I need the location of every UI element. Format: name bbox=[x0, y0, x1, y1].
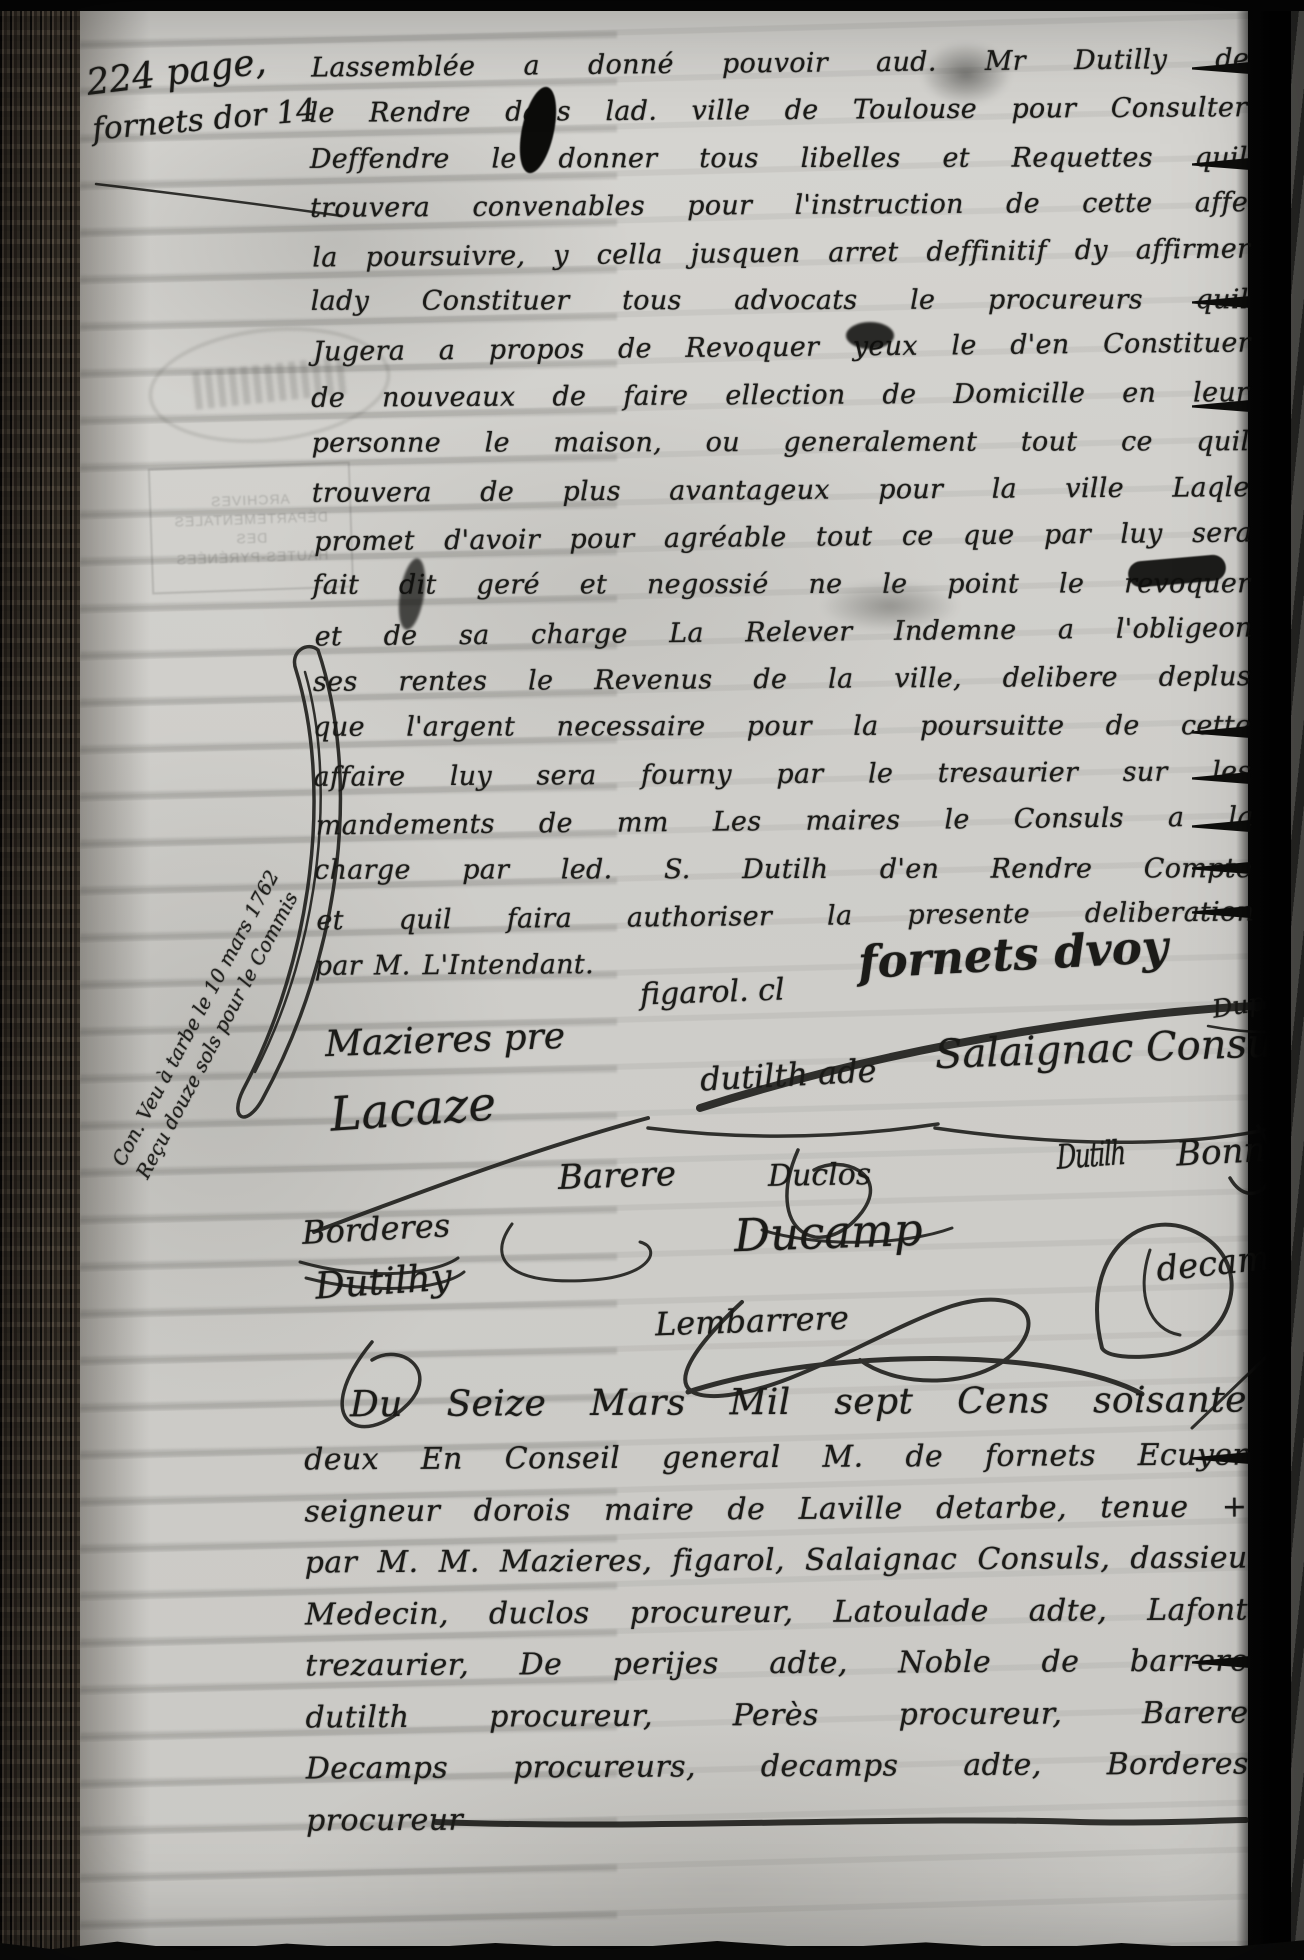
manuscript-line: Deffendre le donner tous libelles et Req… bbox=[310, 142, 1248, 191]
manuscript-line: trezaurier, De perijes adte, Noble de ba… bbox=[305, 1644, 1248, 1700]
signature-duclos: Duclos bbox=[768, 1157, 872, 1194]
manuscript-line: Du Seize Mars Mil sept Cens soisante bbox=[304, 1380, 1247, 1443]
gutter-shadow bbox=[1236, 0, 1294, 1960]
manuscript-line: dutilth procureur, Perès procureur, Bare… bbox=[305, 1695, 1248, 1751]
signature-mazieres: Mazieres pre bbox=[324, 1016, 565, 1065]
manuscript-line: affaire luy sera fourny par le tresaurie… bbox=[313, 756, 1251, 809]
stamp-line: DES bbox=[235, 529, 267, 546]
signature-dutilh: Dutilh bbox=[1056, 1133, 1125, 1178]
signature-borderes: Borderes bbox=[301, 1206, 451, 1252]
signature-barere: Barere bbox=[557, 1154, 676, 1198]
facing-page-edge bbox=[1291, 0, 1304, 1960]
session-paragraph: Du Seize Mars Mil sept Cens soisante deu… bbox=[304, 1380, 1249, 1855]
stamp-line: ARCHIVES bbox=[210, 490, 290, 509]
manuscript-line: le Rendre dans lad. ville de Toulouse po… bbox=[309, 93, 1247, 146]
top-photo-edge bbox=[0, 0, 1304, 11]
book-binding bbox=[0, 0, 88, 1960]
manuscript-line: promet d'avoir pour agréable tout ce que… bbox=[314, 517, 1252, 573]
deliberation-paragraph: Lassemblée a donné pouvoir aud. Mr Dutil… bbox=[309, 45, 1253, 999]
manuscript-line: seigneur dorois maire de Laville detarbe… bbox=[304, 1489, 1247, 1545]
manuscript-line: mandements de mm Les maires le Consuls a… bbox=[316, 802, 1254, 858]
manuscript-line: Decamps procureurs, decamps adte, Border… bbox=[306, 1747, 1249, 1803]
manuscript-line: par M. M. Mazieres, figarol, Salaignac C… bbox=[305, 1541, 1248, 1597]
manuscript-line: trouvera de plus avantageux pour la vill… bbox=[312, 472, 1250, 525]
ink-blot bbox=[846, 322, 894, 349]
manuscript-line: Medecin, duclos procureur, Latoulade adt… bbox=[305, 1592, 1248, 1648]
signature-lembarrere: Lembarrere bbox=[654, 1299, 849, 1344]
signature-figarol: figarol. cl bbox=[639, 972, 785, 1012]
signature-lacaze: Lacaze bbox=[328, 1076, 498, 1142]
stamp-line: HAUTES-PYRÉNÉES bbox=[175, 546, 328, 567]
manuscript-line: fait dit geré et negossié ne le point le… bbox=[312, 568, 1250, 617]
signature-ducamp: Ducamp bbox=[733, 1203, 923, 1263]
manuscript-line: lady Constituer tous advocats le procure… bbox=[311, 284, 1249, 333]
manuscript-line: Lassemblée a donné pouvoir aud. Mr Dutil… bbox=[311, 43, 1249, 99]
stamp-line: DÉPARTEMENTALES bbox=[173, 508, 328, 529]
manuscript-line: procureur bbox=[306, 1798, 1249, 1854]
manuscript-line: trouvera convenables pour l'instruction … bbox=[310, 187, 1248, 240]
manuscript-line: personne le maison, ou generalement tout… bbox=[312, 426, 1250, 475]
manuscript-line: deux En Conseil general M. de fornets Ec… bbox=[304, 1438, 1247, 1494]
manuscript-line: la poursuivre, y cella jusquen arret def… bbox=[312, 233, 1250, 289]
manuscript-line: ses rentes le Revenus de la ville, delib… bbox=[313, 661, 1251, 714]
manuscript-line: que l'argent necessaire pour la poursuit… bbox=[313, 711, 1251, 760]
manuscript-line: charge par led. S. Dutilh d'en Rendre Co… bbox=[314, 853, 1252, 902]
manuscript-scan: ARCHIVES DÉPARTEMENTALES DES HAUTES-PYRÉ… bbox=[0, 0, 1304, 1960]
manuscript-line: Jugera a propos de Revoquer yeux le d'en… bbox=[313, 328, 1251, 384]
manuscript-line: de nouveaux de faire ellection de Domici… bbox=[311, 377, 1249, 430]
manuscript-line: et de sa charge La Relever Indemne a l'o… bbox=[315, 612, 1253, 668]
